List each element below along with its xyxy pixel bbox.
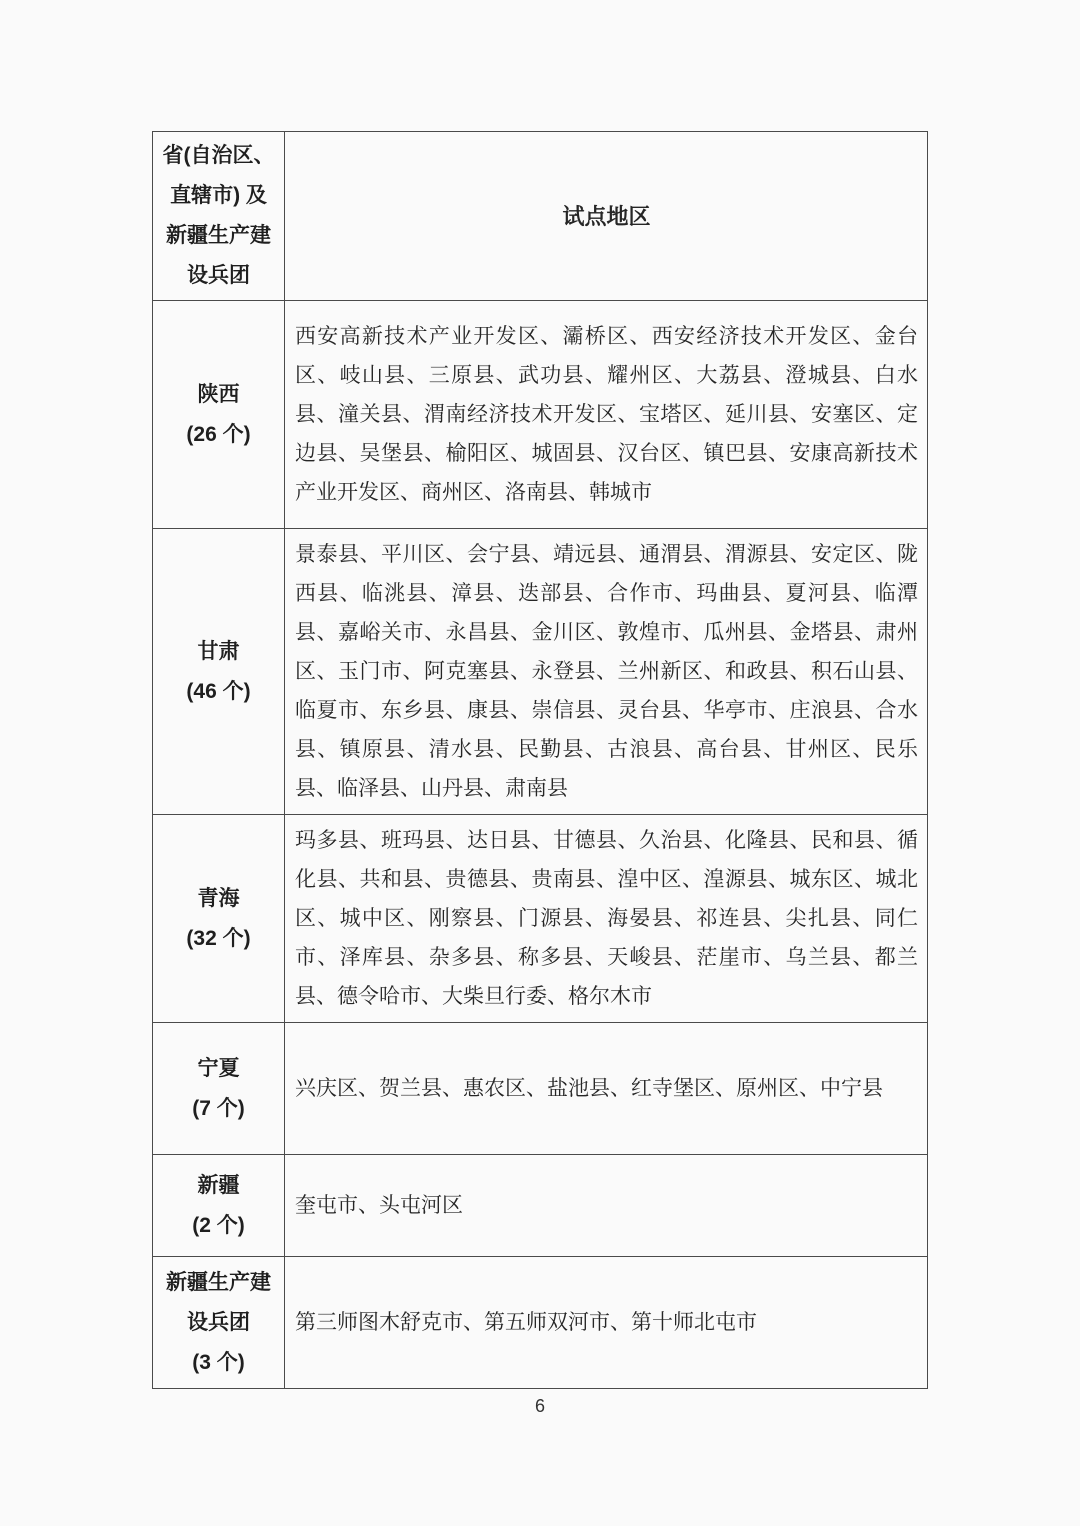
header-province-cell: 省(自治区、直辖市) 及 新疆生产建设兵团 bbox=[153, 132, 285, 301]
regions-cell: 玛多县、班玛县、达日县、甘德县、久治县、化隆县、民和县、循化县、共和县、贵德县、… bbox=[285, 815, 928, 1023]
province-count: (26 个) bbox=[159, 415, 278, 455]
regions-cell: 第三师图木舒克市、第五师双河市、第十师北屯市 bbox=[285, 1257, 928, 1389]
province-name: 宁夏 bbox=[159, 1049, 278, 1089]
header-regions-cell: 试点地区 bbox=[285, 132, 928, 301]
province-cell: 陕西 (26 个) bbox=[153, 301, 285, 529]
table-row: 新疆 (2 个) 奎屯市、头屯河区 bbox=[153, 1155, 928, 1257]
province-name: 青海 bbox=[159, 879, 278, 919]
province-name: 新疆生产建设兵团 bbox=[159, 1263, 278, 1343]
regions-cell: 奎屯市、头屯河区 bbox=[285, 1155, 928, 1257]
table-row: 甘肃 (46 个) 景泰县、平川区、会宁县、靖远县、通渭县、渭源县、安定区、陇西… bbox=[153, 529, 928, 815]
province-count: (7 个) bbox=[159, 1089, 278, 1129]
province-cell: 新疆 (2 个) bbox=[153, 1155, 285, 1257]
table-header-row: 省(自治区、直辖市) 及 新疆生产建设兵团 试点地区 bbox=[153, 132, 928, 301]
province-name: 新疆 bbox=[159, 1166, 278, 1206]
page-number: 6 bbox=[0, 1394, 1080, 1418]
regions-cell: 景泰县、平川区、会宁县、靖远县、通渭县、渭源县、安定区、陇西县、临洮县、漳县、迭… bbox=[285, 529, 928, 815]
table-row: 青海 (32 个) 玛多县、班玛县、达日县、甘德县、久治县、化隆县、民和县、循化… bbox=[153, 815, 928, 1023]
province-name: 甘肃 bbox=[159, 632, 278, 672]
regions-cell: 兴庆区、贺兰县、惠农区、盐池县、红寺堡区、原州区、中宁县 bbox=[285, 1023, 928, 1155]
province-cell: 甘肃 (46 个) bbox=[153, 529, 285, 815]
province-cell: 青海 (32 个) bbox=[153, 815, 285, 1023]
province-count: (2 个) bbox=[159, 1206, 278, 1246]
province-count: (3 个) bbox=[159, 1343, 278, 1383]
table-row: 新疆生产建设兵团 (3 个) 第三师图木舒克市、第五师双河市、第十师北屯市 bbox=[153, 1257, 928, 1389]
province-cell: 新疆生产建设兵团 (3 个) bbox=[153, 1257, 285, 1389]
table-row: 宁夏 (7 个) 兴庆区、贺兰县、惠农区、盐池县、红寺堡区、原州区、中宁县 bbox=[153, 1023, 928, 1155]
province-count: (46 个) bbox=[159, 672, 278, 712]
table-row: 陕西 (26 个) 西安高新技术产业开发区、灞桥区、西安经济技术开发区、金台区、… bbox=[153, 301, 928, 529]
province-name: 陕西 bbox=[159, 375, 278, 415]
pilot-areas-table: 省(自治区、直辖市) 及 新疆生产建设兵团 试点地区 陕西 (26 个) 西安高… bbox=[152, 131, 928, 1389]
province-cell: 宁夏 (7 个) bbox=[153, 1023, 285, 1155]
regions-cell: 西安高新技术产业开发区、灞桥区、西安经济技术开发区、金台区、岐山县、三原县、武功… bbox=[285, 301, 928, 529]
document-page: 省(自治区、直辖市) 及 新疆生产建设兵团 试点地区 陕西 (26 个) 西安高… bbox=[0, 0, 1080, 1526]
province-count: (32 个) bbox=[159, 919, 278, 959]
